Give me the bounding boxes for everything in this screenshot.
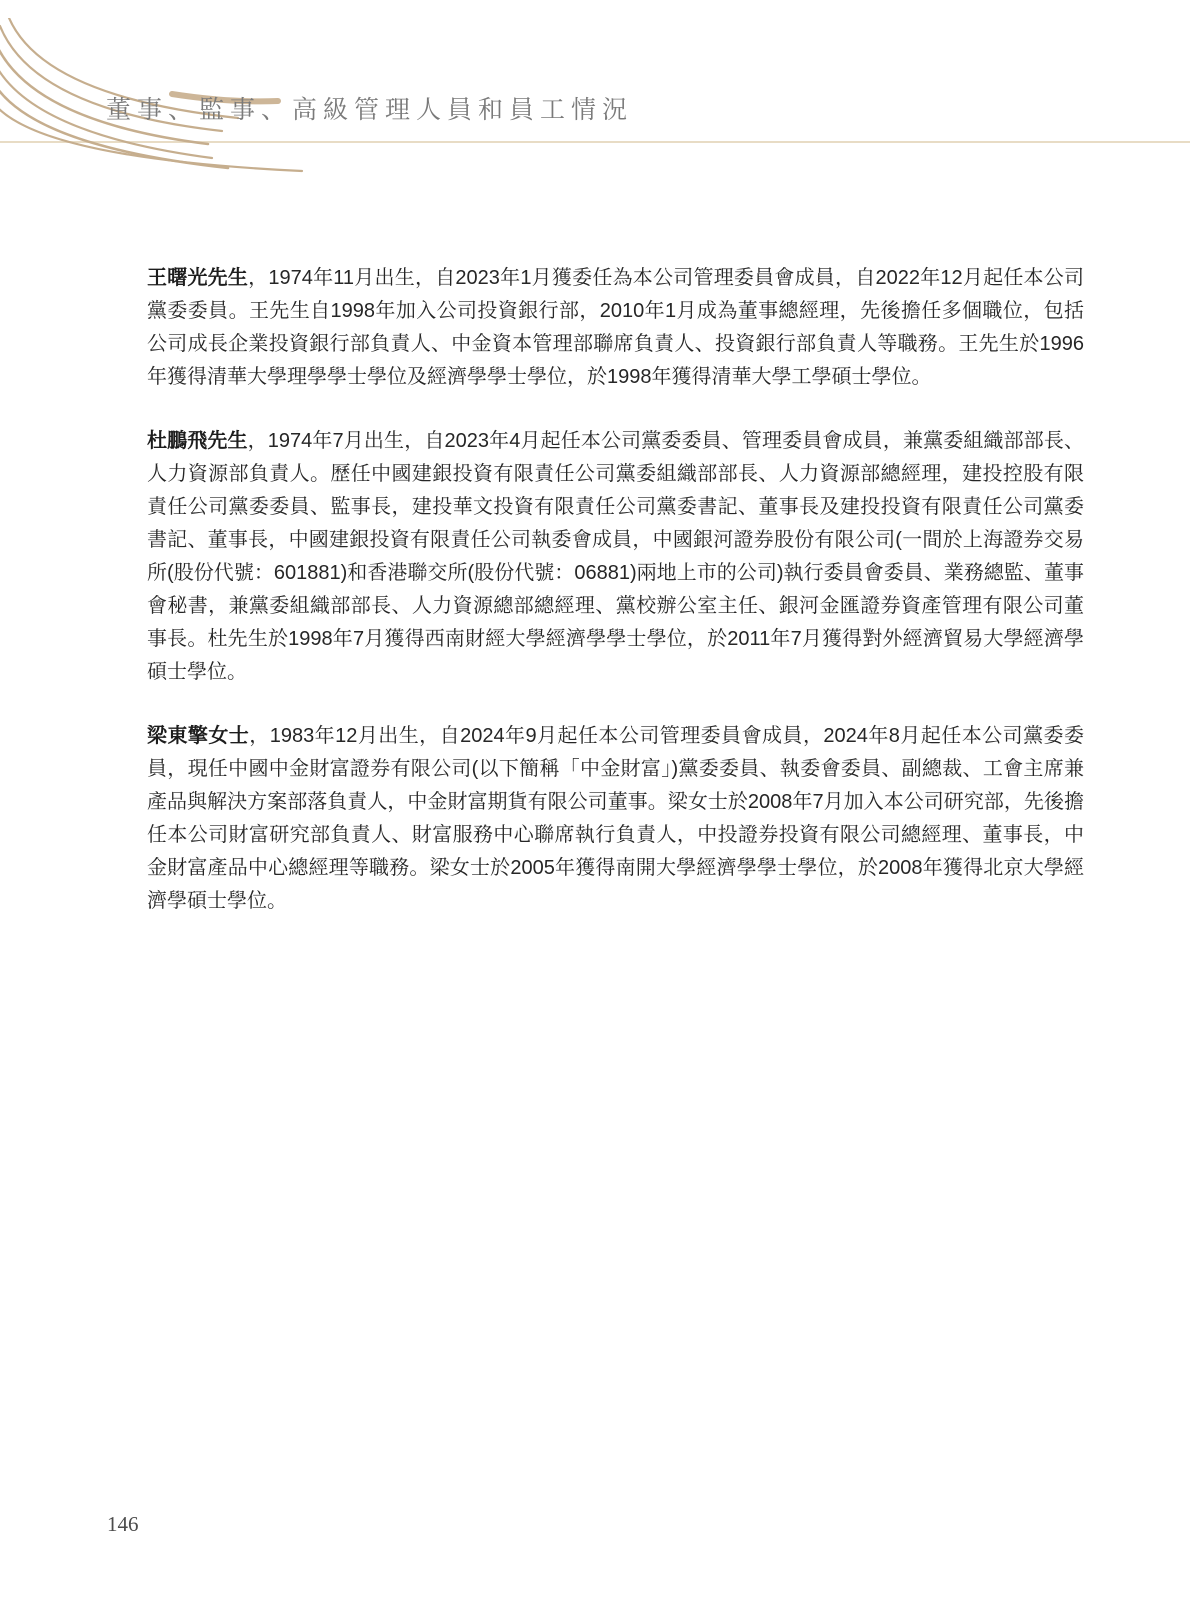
page-number: 146 (107, 1512, 139, 1537)
bio-paragraph-du: 杜鵬飛先生，1974年7月出生，自2023年4月起任本公司黨委委員、管理委員會成… (147, 425, 1084, 689)
person-name-liang: 梁東擎女士 (147, 725, 249, 747)
page-title: 董事、監事、高級管理人員和員工情況 (106, 90, 633, 126)
person-name-du: 杜鵬飛先生 (147, 430, 248, 452)
document-page: 董事、監事、高級管理人員和員工情況 王曙光先生，1974年11月出生，自2023… (0, 0, 1190, 1615)
bio-text-du: ，1974年7月出生，自2023年4月起任本公司黨委委員、管理委員會成員，兼黨委… (147, 430, 1084, 683)
bio-text-liang: ，1983年12月出生，自2024年9月起任本公司管理委員會成員，2024年8月… (147, 725, 1084, 912)
bio-paragraph-liang: 梁東擎女士，1983年12月出生，自2024年9月起任本公司管理委員會成員，20… (147, 720, 1084, 918)
header-divider-line (0, 141, 1190, 143)
person-name-wang: 王曙光先生 (147, 267, 248, 289)
bio-section: 王曙光先生，1974年11月出生，自2023年1月獲委任為本公司管理委員會成員，… (147, 262, 1084, 949)
bio-text-wang: ，1974年11月出生，自2023年1月獲委任為本公司管理委員會成員，自2022… (147, 267, 1084, 388)
bio-paragraph-wang: 王曙光先生，1974年11月出生，自2023年1月獲委任為本公司管理委員會成員，… (147, 262, 1084, 394)
